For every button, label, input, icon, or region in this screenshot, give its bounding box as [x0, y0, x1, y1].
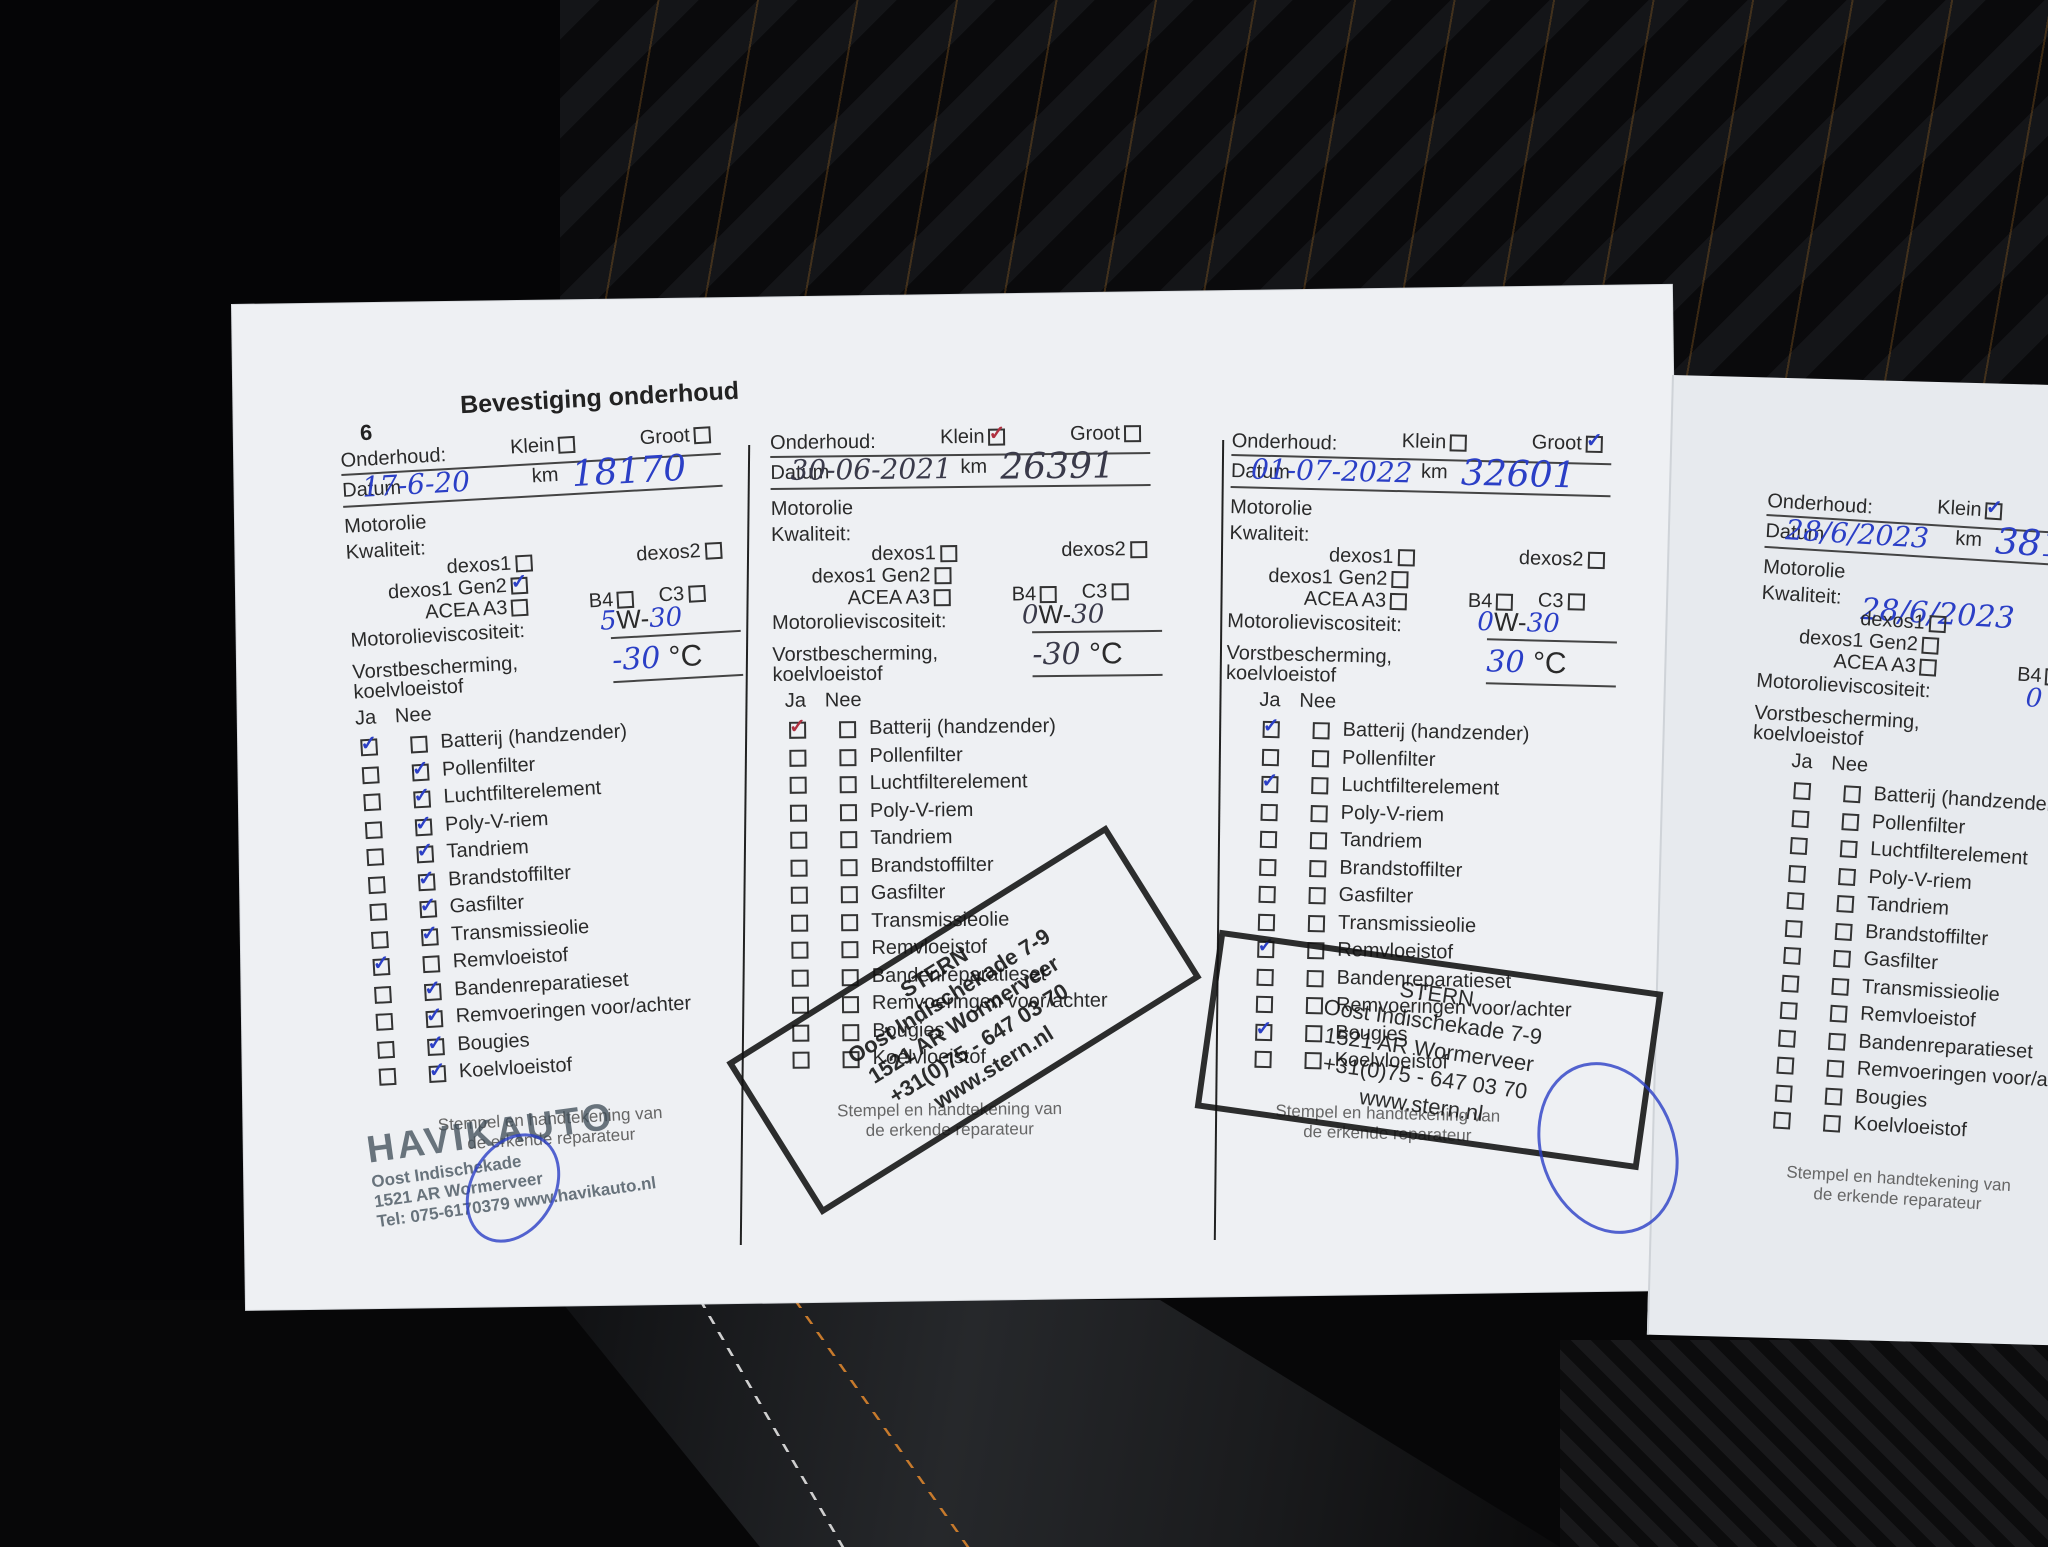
- row: Nee: [825, 689, 862, 712]
- ja-checkbox[interactable]: [1259, 858, 1276, 875]
- checklist-item-label: Gasfilter: [449, 891, 525, 918]
- ja-checkbox[interactable]: [1790, 837, 1808, 855]
- klein-option: Klein: [1401, 430, 1467, 455]
- nee-checkbox[interactable]: [418, 873, 436, 891]
- frost-value-row: 30 °C: [1486, 644, 1567, 681]
- dexos2-label: dexos2: [636, 540, 702, 566]
- dexos1-checkbox[interactable]: [1928, 615, 1946, 633]
- ja-checkbox[interactable]: [791, 942, 808, 959]
- km-label-row: km: [531, 464, 559, 488]
- viscosity-label: Motorolieviscositeit:: [772, 610, 947, 634]
- row: Nee: [1831, 752, 1869, 777]
- onderhoud-label: Onderhoud:: [770, 431, 876, 454]
- viscosity-suffix: 30: [1071, 600, 1104, 630]
- checklist-item-label: Gasfilter: [1863, 948, 1939, 976]
- nee-checkbox[interactable]: [1308, 915, 1325, 932]
- groot-checkbox[interactable]: [1586, 436, 1603, 453]
- viscosity-label: Motorolieviscositeit:: [1227, 610, 1402, 636]
- checklist-item-label: Brandstoffilter: [870, 853, 993, 877]
- row: Kwaliteit:: [771, 523, 851, 547]
- date-value: 01-07-2022: [1251, 452, 1413, 489]
- nee-checkbox[interactable]: [1310, 805, 1327, 822]
- dexos1-gen2-label: dexos1 Gen2: [1268, 565, 1387, 590]
- klein-option: Klein: [510, 433, 577, 460]
- nee-checkbox[interactable]: [1312, 722, 1329, 739]
- row: dexos2: [1519, 547, 1605, 572]
- nee-checkbox[interactable]: [841, 941, 858, 958]
- ja-checkbox[interactable]: [1781, 974, 1799, 992]
- row: dexos2: [636, 539, 723, 567]
- viscosity-suffix: 30: [1526, 608, 1560, 639]
- seat-leather-panel: [560, 1300, 1560, 1547]
- nee-checkbox[interactable]: [840, 831, 857, 848]
- acea-a3-label: ACEA A3: [1833, 650, 1916, 677]
- row: dexos1: [871, 542, 957, 566]
- date-value-row: 01-07-2022: [1251, 452, 1413, 489]
- row: Ja: [1791, 750, 1813, 774]
- row: ACEA A3: [1304, 588, 1408, 614]
- ja-checkbox[interactable]: [368, 876, 386, 894]
- frost-value: 30: [1486, 644, 1525, 680]
- ja-checkbox[interactable]: [789, 722, 806, 739]
- nee-checkbox[interactable]: [419, 900, 437, 918]
- frost-value: -30: [611, 640, 661, 678]
- klein-checkbox[interactable]: [1450, 435, 1467, 452]
- ja-checkbox[interactable]: [366, 848, 384, 866]
- klein-label: Klein: [940, 426, 985, 448]
- ja-checkbox[interactable]: [377, 1040, 395, 1058]
- ja-checkbox[interactable]: [1260, 831, 1277, 848]
- acea-a3-label: ACEA A3: [1304, 588, 1387, 612]
- row: Motorolie: [344, 511, 427, 539]
- ja-checkbox[interactable]: [1793, 782, 1811, 800]
- ja-checkbox[interactable]: [372, 958, 390, 976]
- nee-label: Nee: [1831, 752, 1869, 776]
- ja-checkbox[interactable]: [363, 793, 381, 811]
- nee-label: Nee: [1299, 690, 1336, 713]
- checklist-item-label: Transmissieolie: [1338, 911, 1477, 937]
- checklist-item-label: Gasfilter: [871, 881, 946, 905]
- groot-option: Groot: [1070, 422, 1141, 446]
- dexos2-checkbox[interactable]: [1130, 541, 1147, 558]
- nee-checkbox[interactable]: [416, 845, 434, 863]
- km-value: 26391: [1000, 445, 1115, 487]
- nee-label: Nee: [394, 703, 432, 727]
- nee-checkbox[interactable]: [839, 721, 856, 738]
- nee-checkbox[interactable]: [1843, 785, 1861, 803]
- celsius-label: °C: [1524, 646, 1567, 680]
- ja-checkbox[interactable]: [792, 969, 809, 986]
- checklist-item-label: Pollenfilter: [869, 743, 963, 767]
- groot-label: Groot: [639, 424, 690, 449]
- viscosity-w-label: W-: [616, 603, 650, 635]
- km-label-row: km: [1955, 528, 1983, 553]
- ja-label: Ja: [1791, 750, 1813, 773]
- kwaliteit-label: Kwaliteit:: [345, 537, 426, 563]
- km-value-row: 26391: [1000, 444, 1115, 487]
- groot-option: Groot: [1531, 431, 1603, 456]
- acea-a3-label: ACEA A3: [425, 597, 508, 624]
- ja-checkbox[interactable]: [1775, 1084, 1793, 1102]
- row: Ja: [354, 706, 376, 730]
- acea-a3-checkbox[interactable]: [511, 599, 529, 617]
- nee-checkbox[interactable]: [1312, 750, 1329, 767]
- nee-checkbox[interactable]: [425, 1010, 443, 1028]
- groot-label: Groot: [1070, 422, 1120, 445]
- ja-checkbox[interactable]: [369, 903, 387, 921]
- row: Motorolieviscositeit:: [1227, 610, 1402, 637]
- dexos1-checkbox[interactable]: [1397, 549, 1414, 566]
- nee-checkbox[interactable]: [1823, 1115, 1841, 1133]
- nee-checkbox[interactable]: [841, 914, 858, 931]
- row: dexos2: [1061, 538, 1147, 562]
- nee-checkbox[interactable]: [1833, 950, 1851, 968]
- dexos1-gen2-label: dexos1 Gen2: [811, 564, 930, 587]
- row: ACEA A3: [848, 586, 952, 610]
- nee-checkbox[interactable]: [841, 886, 858, 903]
- celsius-label: °C: [659, 639, 703, 674]
- row: Motorolieviscositeit:: [772, 610, 947, 635]
- ja-checkbox[interactable]: [371, 931, 389, 949]
- motorolie-label: Motorolie: [771, 497, 853, 520]
- motorolie-label: Motorolie: [1230, 496, 1313, 520]
- ja-label: Ja: [354, 706, 376, 729]
- row: Motorolie: [1763, 556, 1847, 584]
- checklist-item-label: Poly-V-riem: [1340, 801, 1444, 827]
- ja-label: Ja: [1259, 689, 1281, 712]
- checklist-item-label: Batterij (handzender): [1342, 719, 1529, 747]
- frost-value: -30: [1032, 637, 1081, 673]
- frost-value-row: -30 °C: [611, 638, 703, 678]
- groot-label: Groot: [1532, 431, 1583, 454]
- checklist-item-label: Luchtfilterelement: [1341, 774, 1499, 801]
- nee-checkbox[interactable]: [412, 763, 430, 781]
- ja-checkbox[interactable]: [789, 749, 806, 766]
- km-label-row: km: [960, 456, 987, 479]
- row: koelvloeistof: [1226, 662, 1337, 688]
- ja-checkbox[interactable]: [790, 777, 807, 794]
- checklist-item-label: Gasfilter: [1338, 884, 1413, 909]
- checklist-item-label: Tandriem: [1866, 893, 1950, 921]
- row: Kwaliteit:: [1229, 522, 1310, 547]
- acea-a3-checkbox[interactable]: [934, 589, 951, 606]
- nee-checkbox[interactable]: [413, 790, 431, 808]
- nee-checkbox[interactable]: [1840, 840, 1858, 858]
- row: Kwaliteit:: [1761, 582, 1842, 610]
- ja-checkbox[interactable]: [790, 859, 807, 876]
- viscosity-suffix: 30: [648, 602, 683, 634]
- km-label: km: [1421, 461, 1448, 484]
- frost-label-2: koelvloeistof: [353, 675, 464, 703]
- nee-checkbox[interactable]: [1308, 887, 1325, 904]
- groot-checkbox[interactable]: [1124, 425, 1141, 442]
- nee-checkbox[interactable]: [840, 804, 857, 821]
- klein-checkbox[interactable]: [1985, 503, 2003, 521]
- dexos2-checkbox[interactable]: [704, 542, 722, 560]
- ja-checkbox[interactable]: [1258, 886, 1275, 903]
- checklist-item-label: Pollenfilter: [1342, 746, 1436, 771]
- checklist-item-label: Tandriem: [870, 826, 953, 850]
- page-number: 6: [359, 420, 373, 447]
- nee-checkbox[interactable]: [1836, 895, 1854, 913]
- ja-checkbox[interactable]: [379, 1068, 397, 1086]
- klein-label: Klein: [510, 434, 556, 458]
- nee-checkbox[interactable]: [410, 736, 428, 754]
- nee-checkbox[interactable]: [1310, 832, 1327, 849]
- row: Motorolie: [771, 497, 854, 521]
- checklist-item-label: Luchtfilterelement: [870, 770, 1028, 795]
- ja-checkbox[interactable]: [1261, 776, 1278, 793]
- klein-option: Klein: [1937, 496, 2004, 523]
- kwaliteit-label: Kwaliteit:: [1761, 582, 1842, 609]
- row: Ja: [785, 690, 806, 713]
- nee-checkbox[interactable]: [429, 1065, 447, 1083]
- viscosity-value: 5W-30: [599, 601, 683, 637]
- dexos1-gen2-checkbox[interactable]: [934, 567, 951, 584]
- acea-a3-label: ACEA A3: [848, 586, 931, 609]
- groot-option: Groot: [639, 423, 711, 450]
- checklist-item-label: Brandstoffilter: [1339, 856, 1463, 882]
- ja-checkbox[interactable]: [790, 804, 807, 821]
- checklist-item-label: Batterij (handzender): [869, 715, 1056, 740]
- ja-checkbox[interactable]: [1258, 913, 1275, 930]
- ja-checkbox[interactable]: [374, 985, 392, 1003]
- viscosity-w-label: W-: [1494, 606, 1527, 637]
- nee-checkbox[interactable]: [1838, 868, 1856, 886]
- km-label: km: [960, 456, 987, 478]
- date-value: 17-6-20: [361, 465, 471, 504]
- ja-checkbox[interactable]: [791, 887, 808, 904]
- ja-checkbox[interactable]: [1783, 947, 1801, 965]
- dexos2-label: dexos2: [1519, 547, 1584, 571]
- c3-checkbox[interactable]: [688, 585, 706, 603]
- nee-checkbox[interactable]: [1835, 922, 1853, 940]
- checklist-item-label: Poly-V-riem: [870, 798, 974, 822]
- row: Nee: [1299, 690, 1336, 714]
- nee-checkbox[interactable]: [415, 818, 433, 836]
- dexos2-label: dexos2: [1061, 538, 1126, 561]
- nee-checkbox[interactable]: [840, 776, 857, 793]
- nee-checkbox[interactable]: [1311, 777, 1328, 794]
- ja-label: Ja: [785, 690, 806, 712]
- km-label-row: km: [1421, 461, 1448, 485]
- row: Motorolie: [1230, 496, 1313, 521]
- date-value: 30-06-2021: [790, 452, 952, 487]
- service-type-row: Onderhoud:: [770, 431, 876, 455]
- km-value-row: 32601: [1461, 452, 1577, 497]
- nee-checkbox[interactable]: [427, 1038, 445, 1056]
- date-value-row: 17-6-20: [361, 465, 471, 504]
- ja-checkbox[interactable]: [360, 738, 378, 756]
- viscosity-prefix: 0: [2025, 683, 2043, 714]
- ja-checkbox[interactable]: [1786, 892, 1804, 910]
- checklist-item-label: Bougies: [1854, 1085, 1928, 1112]
- service-type-row: Onderhoud:: [1231, 430, 1337, 456]
- row: dexos1 Gen2: [1268, 565, 1409, 591]
- klein-checkbox[interactable]: [558, 436, 576, 454]
- row: Kwaliteit:: [345, 537, 426, 564]
- nee-checkbox[interactable]: [1831, 977, 1849, 995]
- nee-checkbox[interactable]: [422, 955, 440, 973]
- c3-checkbox[interactable]: [1111, 583, 1128, 600]
- ja-checkbox[interactable]: [1262, 721, 1279, 738]
- nee-checkbox[interactable]: [1826, 1060, 1844, 1078]
- acea-a3-checkbox[interactable]: [1390, 593, 1407, 610]
- viscosity-w-label: W-: [1038, 599, 1071, 629]
- frost-label-2: koelvloeistof: [1226, 662, 1337, 687]
- kwaliteit-label: Kwaliteit:: [1229, 522, 1310, 546]
- klein-label: Klein: [1937, 496, 1983, 521]
- date-value-row: 30-06-2021: [790, 452, 952, 487]
- dexos1-checkbox[interactable]: [940, 545, 957, 562]
- nee-checkbox[interactable]: [1841, 813, 1859, 831]
- frost-value-row: -30 °C: [1032, 636, 1123, 672]
- klein-checkbox[interactable]: [988, 429, 1005, 446]
- dexos1-gen2-checkbox[interactable]: [1391, 571, 1408, 588]
- ja-checkbox[interactable]: [1778, 1029, 1796, 1047]
- nee-checkbox[interactable]: [421, 928, 439, 946]
- checklist-item-label: Tandriem: [446, 836, 529, 864]
- viscosity-prefix: 5: [599, 606, 617, 637]
- c3-checkbox[interactable]: [1567, 593, 1584, 610]
- km-label: km: [1955, 528, 1983, 552]
- viscosity-prefix: 0: [1477, 607, 1494, 637]
- frost-label-2: koelvloeistof: [772, 663, 882, 686]
- nee-checkbox[interactable]: [1825, 1087, 1843, 1105]
- dexos1-gen2-checkbox[interactable]: [1921, 637, 1939, 655]
- ja-checkbox[interactable]: [1776, 1057, 1794, 1075]
- ja-checkbox[interactable]: [1773, 1112, 1791, 1130]
- viscosity-value: 0W-30: [1022, 599, 1105, 631]
- checklist-item-label: Bougies: [457, 1029, 530, 1056]
- ja-checkbox[interactable]: [362, 766, 380, 784]
- ja-checkbox[interactable]: [376, 1013, 394, 1031]
- nee-checkbox[interactable]: [424, 983, 442, 1001]
- km-value: 32601: [1461, 453, 1576, 497]
- celsius-label: °C: [1080, 637, 1122, 670]
- ja-checkbox[interactable]: [791, 914, 808, 931]
- ja-checkbox[interactable]: [1780, 1002, 1798, 1020]
- ja-checkbox[interactable]: [1260, 803, 1277, 820]
- kwaliteit-label: Kwaliteit:: [771, 523, 851, 546]
- ja-checkbox[interactable]: [1262, 748, 1279, 765]
- km-label: km: [531, 464, 559, 487]
- viscosity-prefix: 0: [1022, 600, 1039, 630]
- ja-checkbox[interactable]: [790, 832, 807, 849]
- nee-checkbox[interactable]: [840, 859, 857, 876]
- dexos2-checkbox[interactable]: [1587, 552, 1604, 569]
- acea-a3-checkbox[interactable]: [1919, 659, 1937, 677]
- row: 0: [2025, 682, 2043, 714]
- row: dexos1 Gen2: [811, 564, 951, 588]
- motorolie-label: Motorolie: [344, 511, 427, 538]
- klein-label: Klein: [1402, 430, 1447, 453]
- nee-checkbox[interactable]: [1828, 1032, 1846, 1050]
- nee-label: Nee: [825, 689, 862, 711]
- onderhoud-label: Onderhoud:: [1231, 430, 1337, 455]
- viscosity-value: 0W-30: [1477, 606, 1560, 639]
- row: Nee: [394, 703, 432, 728]
- row: Ja: [1259, 689, 1281, 713]
- dexos1-label: dexos1: [871, 542, 936, 565]
- ja-checkbox[interactable]: [365, 821, 383, 839]
- klein-option: Klein: [940, 426, 1006, 450]
- seat-fabric: [1560, 1340, 2048, 1547]
- nee-checkbox[interactable]: [1309, 860, 1326, 877]
- row: koelvloeistof: [772, 663, 882, 687]
- nee-checkbox[interactable]: [839, 749, 856, 766]
- maintenance-entry-3: Onderhoud:KleinGrootDatum01-07-2022km326…: [1232, 430, 1632, 440]
- ja-checkbox[interactable]: [1788, 864, 1806, 882]
- checklist-item-label: Tandriem: [1340, 829, 1423, 854]
- dexos1-gen2-checkbox[interactable]: [510, 577, 528, 595]
- nee-checkbox[interactable]: [1830, 1005, 1848, 1023]
- motorolie-label: Motorolie: [1763, 556, 1846, 583]
- groot-checkbox[interactable]: [693, 427, 711, 445]
- ja-checkbox[interactable]: [1785, 919, 1803, 937]
- dexos1-label: dexos1: [1329, 544, 1394, 568]
- ja-checkbox[interactable]: [1791, 810, 1809, 828]
